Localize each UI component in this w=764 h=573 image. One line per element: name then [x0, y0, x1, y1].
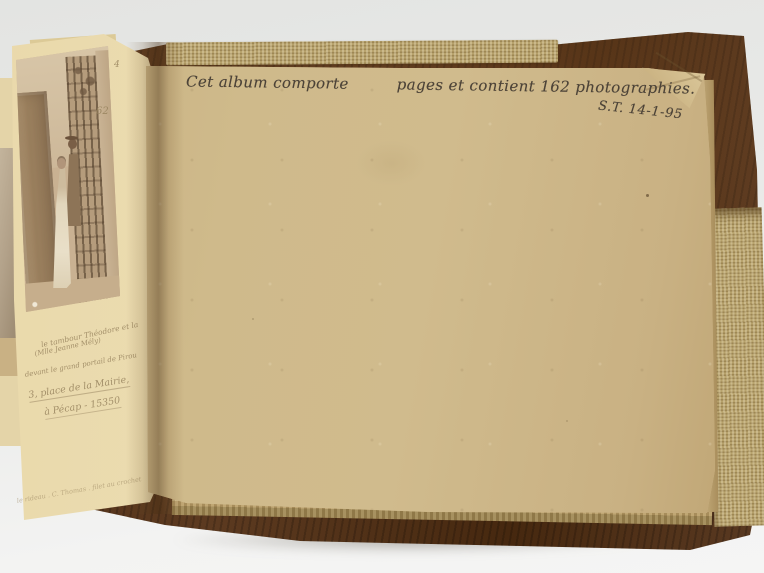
photo-man-hat — [65, 136, 78, 140]
foxing-speck — [566, 420, 568, 422]
photo-man-head — [68, 139, 77, 149]
inscription-part1: Cet album comporte — [186, 72, 349, 92]
foxing-speck — [252, 318, 254, 320]
photograph-of-open-album: 4 62 le tambour Théodore et la (Mlle Jea… — [0, 0, 764, 573]
paper-stain — [356, 140, 426, 186]
photo-woman-head — [57, 158, 66, 169]
pencil-page-number: 62 — [96, 106, 109, 117]
cloth-strap-top — [166, 40, 558, 66]
pencil-page-mark: 4 — [114, 60, 120, 70]
foxing-speck — [646, 194, 649, 197]
